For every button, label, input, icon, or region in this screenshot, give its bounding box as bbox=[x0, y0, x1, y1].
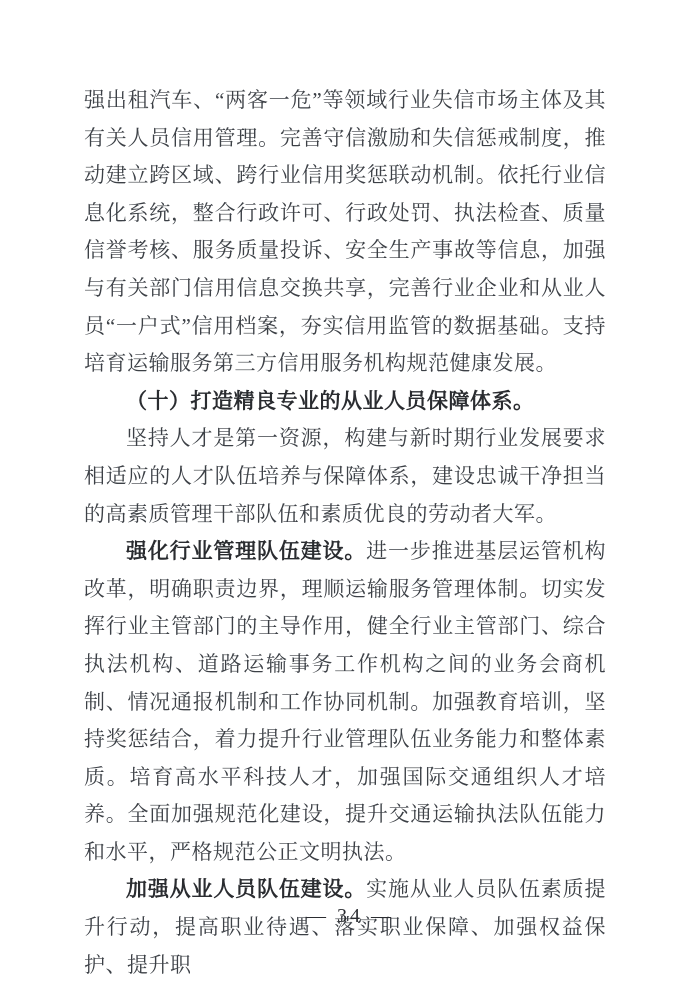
document-body: 强出租汽车、“两客一危”等领域行业失信市场主体及其有关人员信用管理。完善守信激励… bbox=[84, 82, 606, 984]
text-segment: 强出租汽车、“两客一危”等领域行业失信市场主体及其有关人员信用管理。完善守信激励… bbox=[84, 88, 606, 375]
text-segment: 进一步推进基层运管机构改革，明确职责边界，理顺运输服务管理体制。切实发挥行业主管… bbox=[84, 539, 606, 864]
paragraph: 强出租汽车、“两客一危”等领域行业失信市场主体及其有关人员信用管理。完善守信激励… bbox=[84, 82, 606, 383]
document-page: 强出租汽车、“两客一危”等领域行业失信市场主体及其有关人员信用管理。完善守信激励… bbox=[0, 0, 700, 990]
paragraph: 坚持人才是第一资源，构建与新时期行业发展要求相适应的人才队伍培养与保障体系，建设… bbox=[84, 420, 606, 533]
bold-text-segment: （十）打造精良专业的从业人员保障体系。 bbox=[126, 389, 535, 413]
section-heading: （十）打造精良专业的从业人员保障体系。 bbox=[84, 383, 606, 421]
text-segment: 坚持人才是第一资源，构建与新时期行业发展要求相适应的人才队伍培养与保障体系，建设… bbox=[84, 426, 606, 525]
page-footer: — 34 — bbox=[0, 901, 700, 931]
bold-text-segment: 强化行业管理队伍建设。 bbox=[126, 539, 366, 563]
paragraph: 强化行业管理队伍建设。进一步推进基层运管机构改革，明确职责边界，理顺运输服务管理… bbox=[84, 533, 606, 871]
bold-text-segment: 加强从业人员队伍建设。 bbox=[126, 877, 366, 901]
page-number: — 34 — bbox=[306, 905, 394, 927]
